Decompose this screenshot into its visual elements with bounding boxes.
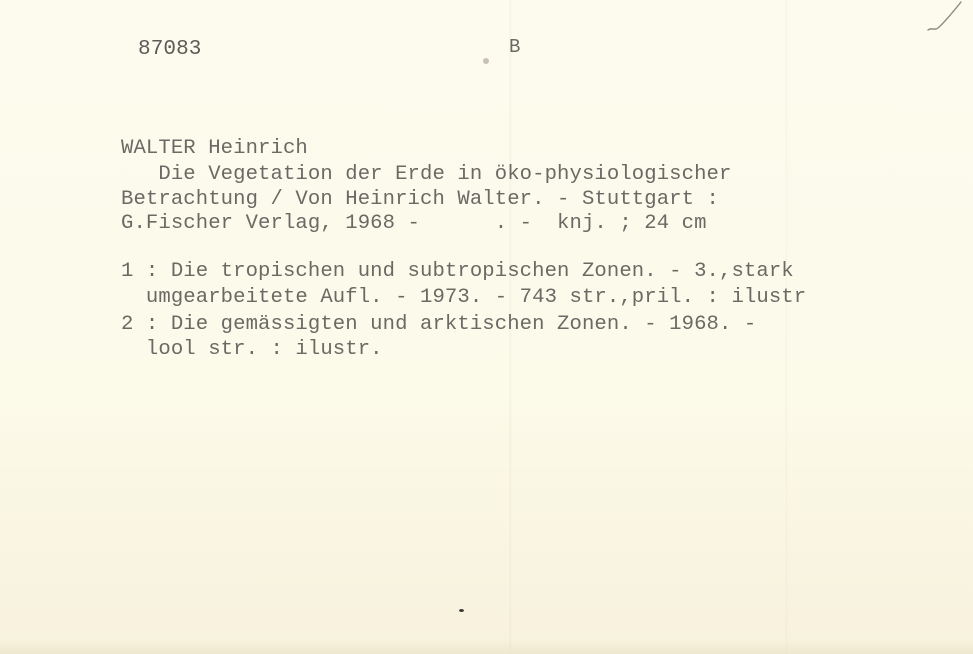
main-entry-author: WALTER Heinrich — [121, 136, 308, 162]
shelf-mark: B — [509, 34, 521, 60]
volume-1-details: umgearbeitete Aufl. - 1973. - 743 str.,p… — [121, 285, 806, 311]
card-bottom-edge — [0, 640, 973, 654]
check-mark-icon — [925, 0, 965, 34]
catalog-card: 87083 B WALTER Heinrich Die Vegetation d… — [0, 0, 973, 654]
imprint-line: G.Fischer Verlag, 1968 - . - knj. ; 24 c… — [121, 211, 707, 237]
title-line-1: Die Vegetation der Erde in öko-physiolog… — [121, 162, 731, 188]
ink-speck — [459, 609, 464, 612]
volume-2-title: 2 : Die gemässigten und arktischen Zonen… — [121, 312, 756, 338]
punch-dot — [483, 58, 489, 64]
accession-number: 87083 — [138, 37, 202, 63]
volume-2-details: lool str. : ilustr. — [121, 337, 383, 363]
title-line-2: Betrachtung / Von Heinrich Walter. - Stu… — [121, 187, 719, 213]
volume-1-title: 1 : Die tropischen und subtropischen Zon… — [121, 259, 794, 285]
